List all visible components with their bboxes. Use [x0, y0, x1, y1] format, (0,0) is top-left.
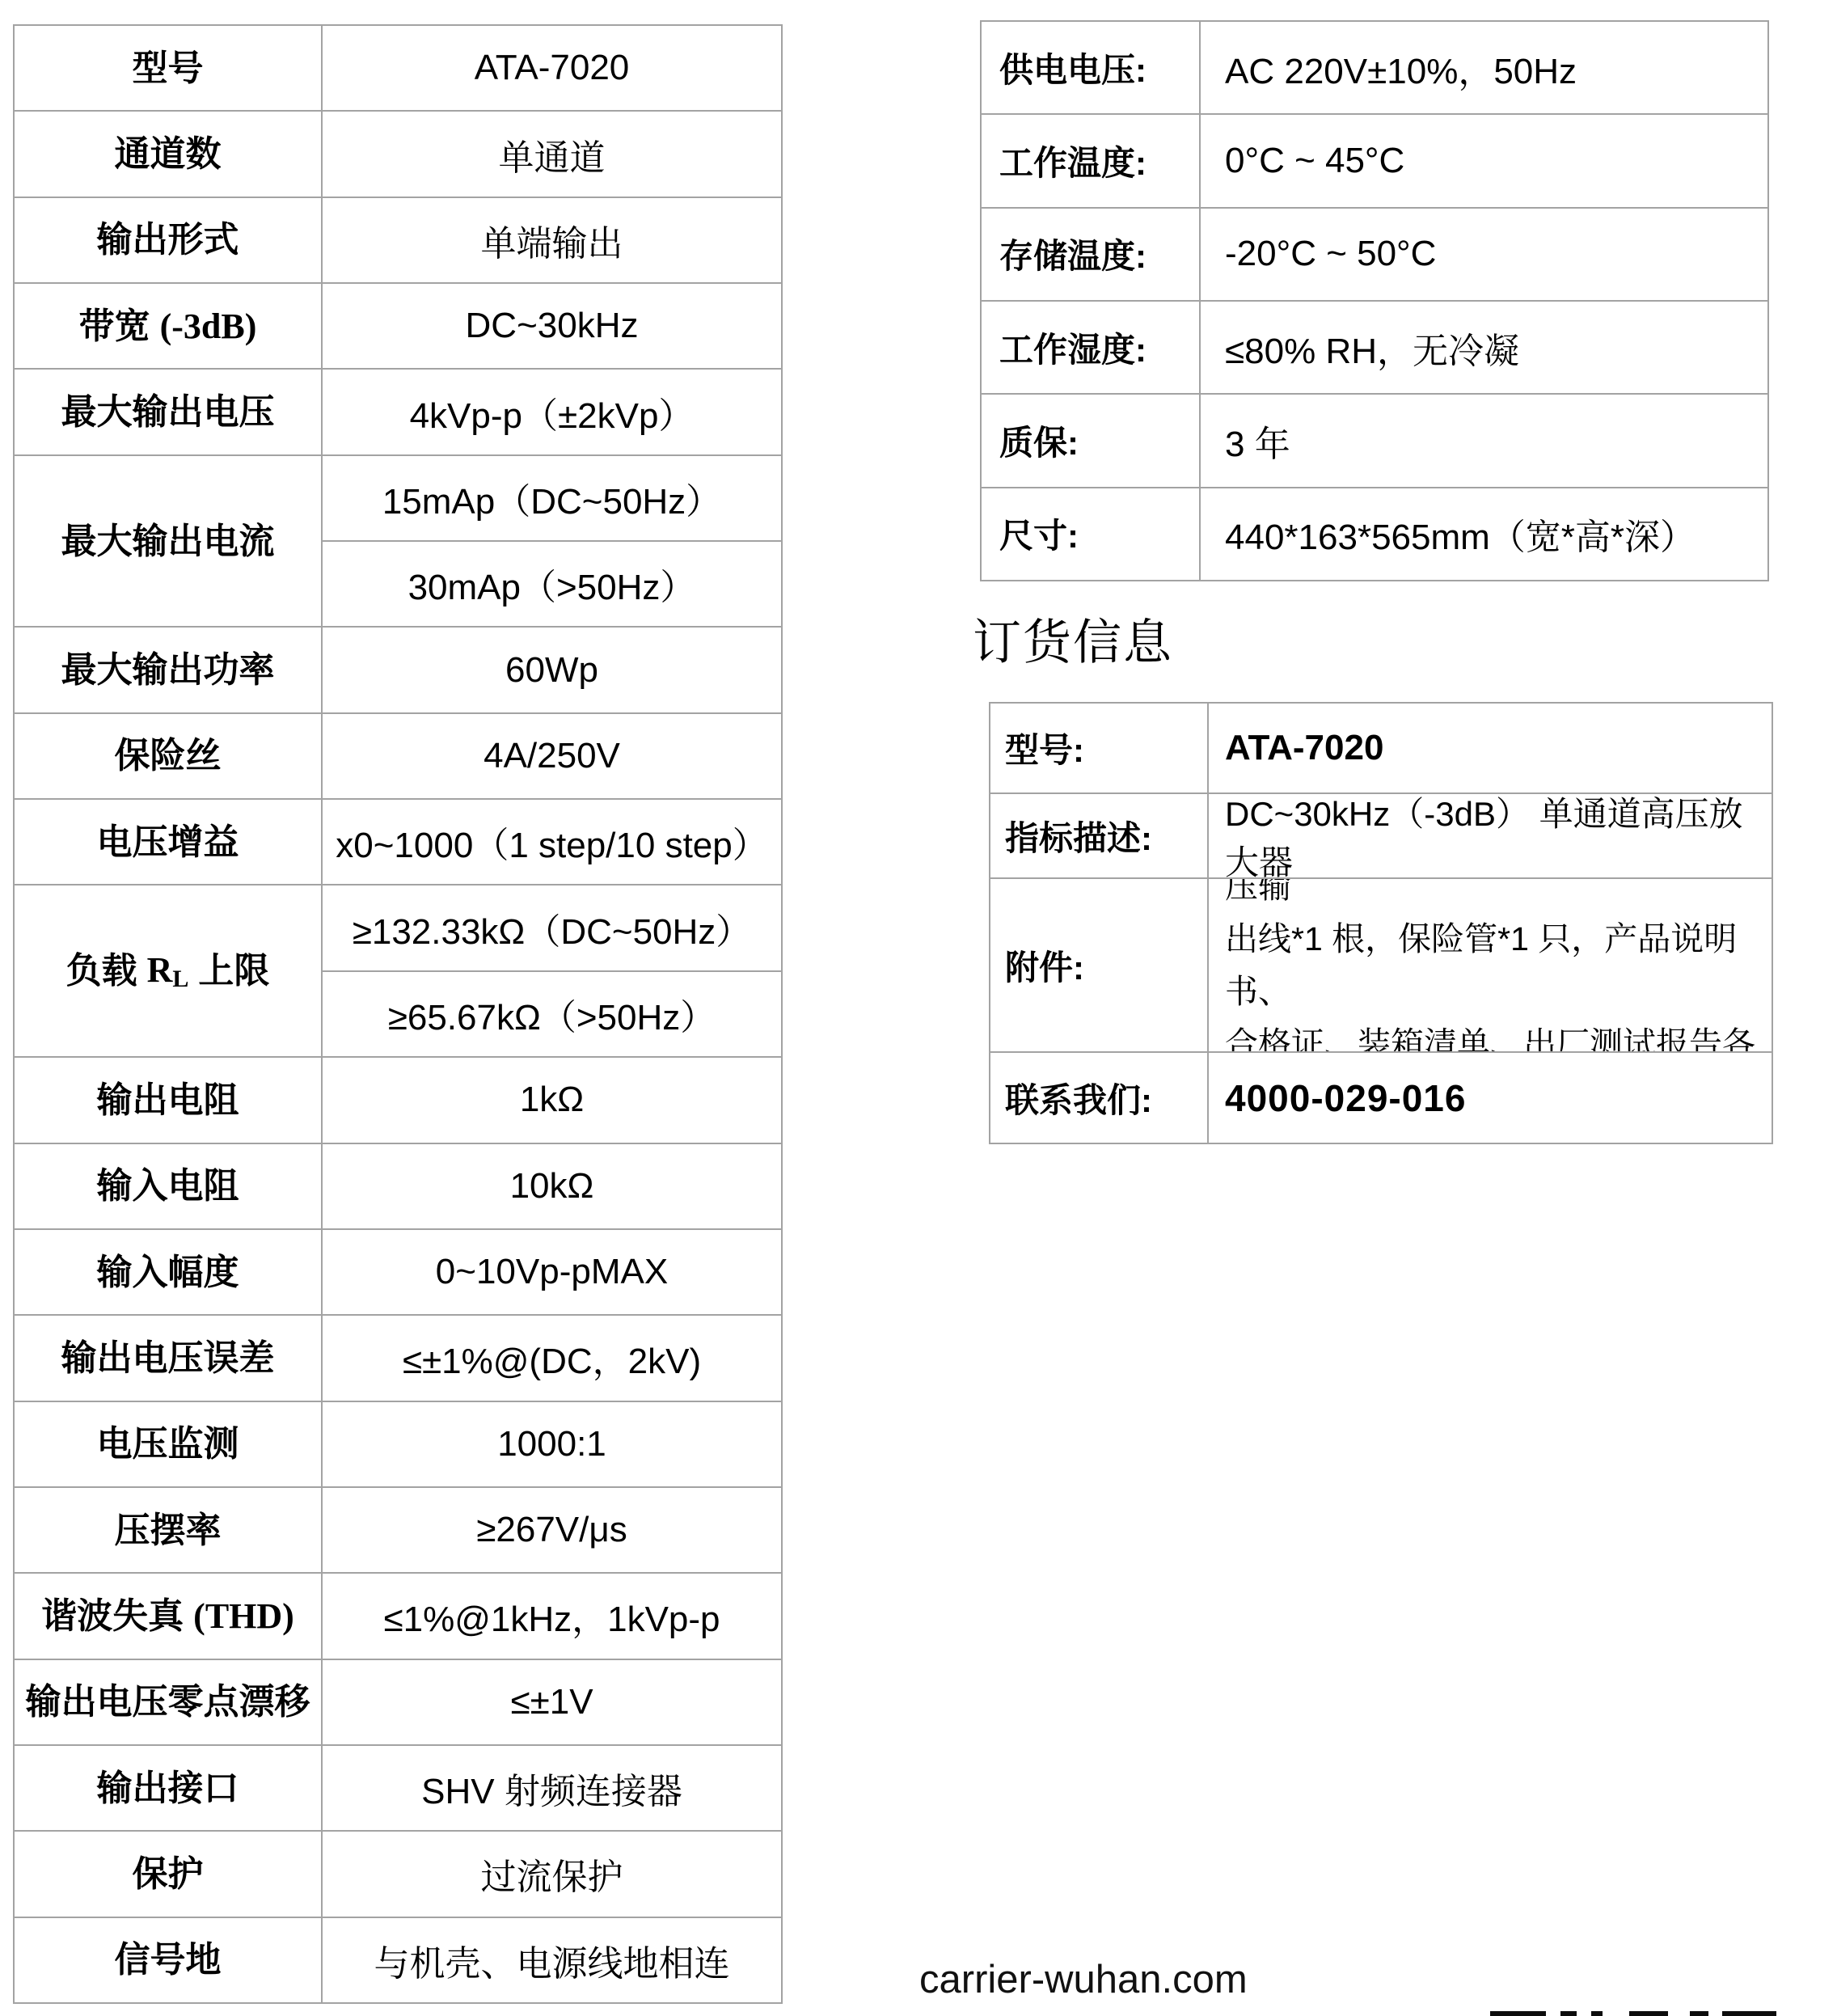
spec-value-output-resistance: 1kΩ [323, 1058, 783, 1143]
bandwidth-label-en: (-3dB) [160, 304, 257, 349]
logo-fragment-bar [1591, 2011, 1603, 2016]
spec-value-max-voltage: 4kVp-p（±2kVp） [323, 370, 783, 455]
thd-label-en: (THD) [193, 1594, 294, 1638]
spec-label-output-resistance: 输出电阻 [15, 1058, 323, 1143]
spec-label-zero-drift: 输出电压零点漂移 [15, 1660, 323, 1746]
spec-value-output-connector: SHV 射频连接器 [323, 1746, 783, 1832]
env-value-warranty: 3 年 [1201, 395, 1769, 488]
spec-value-signal-ground: 与机壳、电源线地相连 [323, 1918, 783, 2004]
order-value-accessories: 三芯电源线*1 根，BNC 线*2 根，高压输 出线*1 根，保险管*1 只，产… [1209, 879, 1773, 1053]
spec-label-output-form: 输出形式 [15, 198, 323, 284]
env-value-humidity: ≤80% RH，无冷凝 [1201, 302, 1769, 395]
environment-table: 供电电压: AC 220V±10%，50Hz 工作温度: 0°C ~ 45°C … [980, 20, 1769, 581]
order-value-contact-phone: 4000-029-016 [1209, 1053, 1773, 1144]
logo-fragment-bar [1690, 2011, 1708, 2016]
env-label-supply-voltage: 供电电压: [982, 22, 1201, 115]
spec-value-input-resistance: 10kΩ [323, 1144, 783, 1230]
spec-value-protection: 过流保护 [323, 1832, 783, 1917]
spec-value-max-power: 60Wp [323, 628, 783, 713]
env-label-warranty: 质保: [982, 395, 1201, 488]
accessories-line-3: 合格证、装箱清单、出厂测试报告各 1 份。 [1225, 1018, 1768, 1054]
spec-value-zero-drift: ≤±1V [323, 1660, 783, 1746]
order-label-model: 型号: [990, 704, 1209, 794]
website-url: carrier-wuhan.com [919, 1957, 1248, 2002]
load-label-cn2: 上限 [198, 949, 269, 993]
spec-label-signal-ground: 信号地 [15, 1918, 323, 2004]
env-label-storage-temp: 存储温度: [982, 209, 1201, 302]
logo-fragment-bar [1629, 2011, 1668, 2016]
datasheet-page: 型号 ATA-7020 通道数 单通道 输出形式 单端输出 带宽(-3dB) D… [0, 0, 1837, 2016]
spec-value-load-ac: ≥65.67kΩ（>50Hz） [323, 972, 783, 1058]
order-value-description: DC~30kHz（-3dB） 单通道高压放大器 [1209, 794, 1773, 879]
spec-label-voltage-error: 输出电压误差 [15, 1316, 323, 1401]
spec-label-protection: 保护 [15, 1832, 323, 1917]
spec-label-input-amplitude: 输入幅度 [15, 1230, 323, 1316]
spec-value-fuse: 4A/250V [323, 714, 783, 800]
spec-label-input-resistance: 输入电阻 [15, 1144, 323, 1230]
spec-value-input-amplitude: 0~10Vp-pMAX [323, 1230, 783, 1316]
spec-label-channels: 通道数 [15, 112, 323, 197]
accessories-line-1: 三芯电源线*1 根，BNC 线*2 根，高压输 [1225, 879, 1768, 913]
spec-value-gain: x0~1000（1 step/10 step） [323, 800, 783, 885]
env-label-humidity: 工作湿度: [982, 302, 1201, 395]
env-label-operating-temp: 工作温度: [982, 115, 1201, 208]
order-label-contact: 联系我们: [990, 1053, 1209, 1144]
ordering-info-heading: 订货信息 [973, 604, 1173, 674]
spec-value-slew-rate: ≥267V/μs [323, 1488, 783, 1574]
spec-label-slew-rate: 压摆率 [15, 1488, 323, 1574]
env-value-operating-temp: 0°C ~ 45°C [1201, 115, 1769, 208]
spec-value-max-current-dc: 15mAp（DC~50Hz） [323, 456, 783, 542]
spec-label-fuse: 保险丝 [15, 714, 323, 800]
spec-value-voltage-error: ≤±1%@(DC，2kV) [323, 1316, 783, 1401]
spec-label-load-limit: 负载RL上限 [15, 885, 323, 1058]
spec-label-thd: 谐波失真(THD) [15, 1574, 323, 1659]
spec-label-max-power: 最大输出功率 [15, 628, 323, 713]
spec-value-output-form: 单端输出 [323, 198, 783, 284]
spec-label-model: 型号 [15, 26, 323, 112]
order-value-model: ATA-7020 [1209, 704, 1773, 794]
spec-value-voltage-monitor: 1000:1 [323, 1402, 783, 1488]
spec-label-gain: 电压增益 [15, 800, 323, 885]
bandwidth-label-cn: 带宽 [79, 304, 150, 349]
accessories-line-2: 出线*1 根，保险管*1 只，产品说明书、 [1225, 913, 1768, 1018]
spec-value-max-current-ac: 30mAp（>50Hz） [323, 542, 783, 628]
load-label-cn: 负载 [66, 949, 137, 993]
spec-value-channels: 单通道 [323, 112, 783, 197]
load-label-symbol: RL [147, 948, 189, 995]
spec-value-bandwidth: DC~30kHz [323, 284, 783, 370]
env-value-dimensions: 440*163*565mm（宽*高*深） [1201, 488, 1769, 581]
spec-label-bandwidth: 带宽(-3dB) [15, 284, 323, 370]
spec-value-thd: ≤1%@1kHz，1kVp-p [323, 1574, 783, 1659]
env-value-storage-temp: -20°C ~ 50°C [1201, 209, 1769, 302]
spec-label-max-current: 最大输出电流 [15, 456, 323, 628]
spec-label-voltage-monitor: 电压监测 [15, 1402, 323, 1488]
spec-value-model: ATA-7020 [323, 26, 783, 112]
spec-label-max-voltage: 最大输出电压 [15, 370, 323, 455]
env-value-supply-voltage: AC 220V±10%，50Hz [1201, 22, 1769, 115]
logo-fragment-bar [1722, 2011, 1776, 2016]
order-label-accessories: 附件: [990, 879, 1209, 1053]
spec-table: 型号 ATA-7020 通道数 单通道 输出形式 单端输出 带宽(-3dB) D… [13, 24, 783, 2004]
logo-fragment-bar [1560, 2011, 1577, 2016]
spec-value-load-dc: ≥132.33kΩ（DC~50Hz） [323, 885, 783, 971]
thd-label-cn: 谐波失真 [41, 1594, 184, 1638]
env-label-dimensions: 尺寸: [982, 488, 1201, 581]
spec-label-output-connector: 输出接口 [15, 1746, 323, 1832]
ordering-table: 型号: ATA-7020 指标描述: DC~30kHz（-3dB） 单通道高压放… [989, 702, 1773, 1144]
order-label-description: 指标描述: [990, 794, 1209, 879]
logo-fragment-bar [1490, 2011, 1546, 2016]
